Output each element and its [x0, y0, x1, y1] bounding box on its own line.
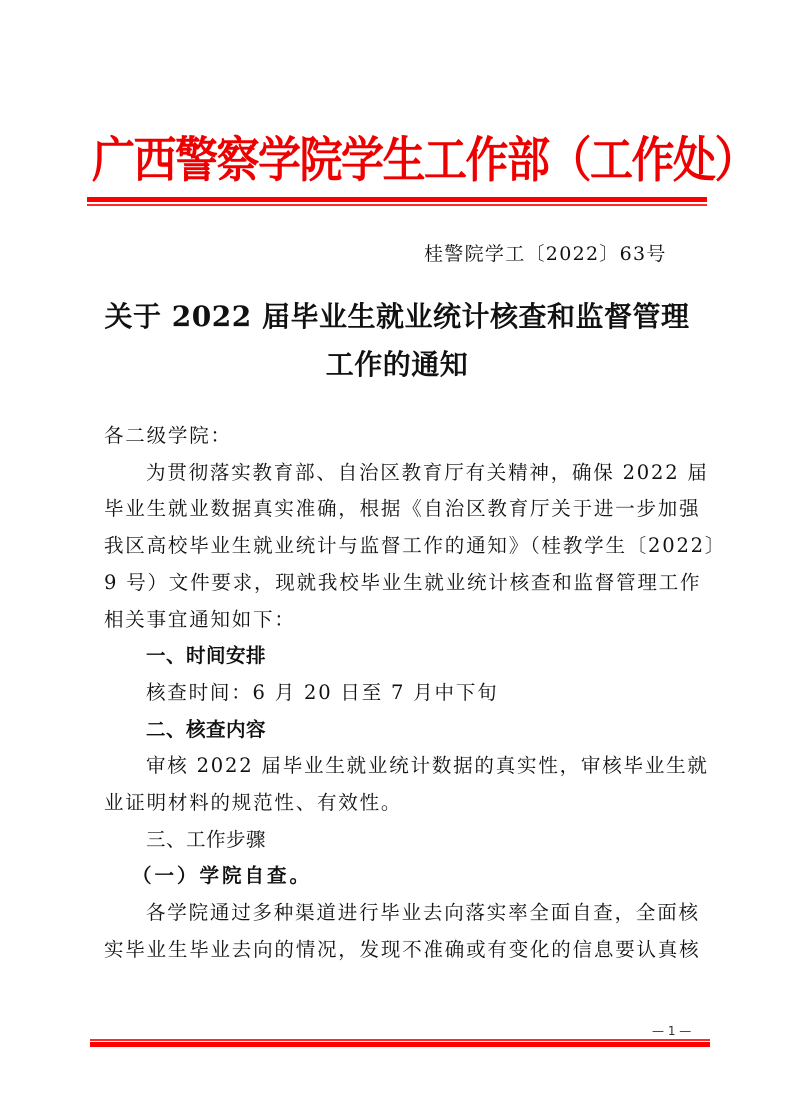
intro-line-3: 我区高校毕业生就业统计与监督工作的通知》（桂教学生〔2022〕	[104, 528, 694, 565]
section-2-line-2: 业证明材料的规范性、有效性。	[104, 785, 694, 822]
document-title-line-1: 关于 2022 届毕业生就业统计核查和监督管理	[90, 293, 704, 341]
section-2-line-1: 审核 2022 届毕业生就业统计数据的真实性，审核毕业生就	[104, 748, 694, 785]
intro-line-5: 相关事宜通知如下：	[104, 602, 694, 639]
section-2-heading: 二、核查内容	[104, 712, 694, 749]
issuing-organization-header: 广西警察学院学生工作部（工作处）	[92, 124, 707, 198]
intro-line-4: 9 号）文件要求，现就我校毕业生就业统计核查和监督管理工作	[104, 565, 694, 602]
footer-red-rule-thin	[90, 1039, 710, 1041]
section-3-heading: 三、工作步骤	[104, 822, 694, 859]
intro-line-2: 毕业生就业数据真实准确，根据《自治区教育厅关于进一步加强	[104, 491, 694, 528]
intro-line-1: 为贯彻落实教育部、自治区教育厅有关精神，确保 2022 届	[104, 455, 694, 492]
header-red-rule-thin	[87, 204, 707, 206]
document-title-line-2: 工作的通知	[90, 341, 704, 389]
section-1-heading: 一、时间安排	[104, 638, 694, 675]
page-number: — 1 —	[652, 1024, 691, 1038]
document-body: 各二级学院： 为贯彻落实教育部、自治区教育厅有关精神，确保 2022 届 毕业生…	[104, 418, 694, 969]
header-red-rule-thick	[87, 197, 707, 202]
section-3-line-1: 各学院通过多种渠道进行毕业去向落实率全面自查，全面核	[104, 895, 694, 932]
section-3-line-2: 实毕业生毕业去向的情况，发现不准确或有变化的信息要认真核	[104, 932, 694, 969]
section-3-subheading: （一）学院自查。	[104, 858, 694, 895]
document-page: 广西警察学院学生工作部（工作处） 桂警院学工〔2022〕63号 关于 2022 …	[0, 0, 794, 1108]
footer-red-rule-thick	[90, 1042, 710, 1047]
document-title: 关于 2022 届毕业生就业统计核查和监督管理 工作的通知	[90, 293, 704, 389]
section-1-text: 核查时间：6 月 20 日至 7 月中下旬	[104, 675, 694, 712]
document-number: 桂警院学工〔2022〕63号	[424, 240, 667, 268]
salutation: 各二级学院：	[104, 418, 694, 455]
